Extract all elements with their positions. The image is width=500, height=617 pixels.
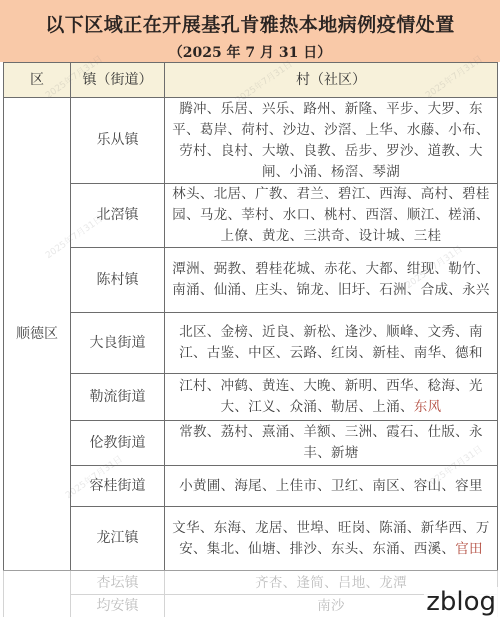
villages-cell: 江村、冲鹤、黄连、大晚、新明、西华、稔海、光大、江义、众涌、勒居、上涌、东风 [165, 374, 498, 421]
table-row: 容桂街道 小黄圃、海尾、上佳市、卫红、南区、容山、容里 [4, 466, 498, 507]
villages-cell: 常教、荔村、熹涌、羊额、三洲、霞石、仕版、永丰、新塘 [165, 421, 498, 466]
town-cell: 杏坛镇 [71, 571, 165, 595]
district-cell-continued [4, 595, 71, 617]
town-cell: 勒流街道 [71, 374, 165, 421]
header-village: 村（社区） [165, 63, 498, 98]
town-cell: 容桂街道 [71, 466, 165, 507]
title-banner: 以下区域正在开展基孔肯雅热本地病例疫情处置 （2025 年 7 月 31 日） [0, 0, 500, 62]
town-cell: 伦教街道 [71, 421, 165, 466]
town-cell: 均安镇 [71, 595, 165, 617]
table-row: 北滘镇 林头、北居、广教、君兰、碧江、西海、高村、碧桂园、马龙、莘村、水口、桃村… [4, 184, 498, 248]
table-row: 大良街道 北区、金榜、近良、新松、逢沙、顺峰、文秀、南江、古鉴、中区、云路、红岗… [4, 313, 498, 374]
table-row: 勒流街道 江村、冲鹤、黄连、大晚、新明、西华、稔海、光大、江义、众涌、勒居、上涌… [4, 374, 498, 421]
table-header-row: 区 镇（街道） 村（社区） [4, 63, 498, 98]
town-cell: 陈村镇 [71, 248, 165, 313]
district-cell: 顺德区 [4, 98, 71, 571]
villages-cell: 小黄圃、海尾、上佳市、卫红、南区、容山、容里 [165, 466, 498, 507]
villages-cell: 潭洲、弼教、碧桂花城、赤花、大都、绀现、勒竹、南涌、仙涌、庄头、锦龙、旧圩、石洲… [165, 248, 498, 313]
villages-cell: 腾冲、乐居、兴乐、路州、新隆、平步、大罗、东平、葛岸、荷村、沙边、沙滘、上华、水… [165, 98, 498, 184]
highlighted-village: 官田 [455, 541, 483, 557]
header-town: 镇（街道） [71, 63, 165, 98]
header-district: 区 [4, 63, 71, 98]
table-row: 龙江镇 文华、东海、龙居、世埠、旺岗、陈涌、新华西、万安、集北、仙塘、排沙、东头… [4, 507, 498, 571]
villages-cell: 林头、北居、广教、君兰、碧江、西海、高村、碧桂园、马龙、莘村、水口、桃村、西滘、… [165, 184, 498, 248]
town-cell: 北滘镇 [71, 184, 165, 248]
villages-cell: 文华、东海、龙居、世埠、旺岗、陈涌、新华西、万安、集北、仙塘、排沙、东头、东涌、… [165, 507, 498, 571]
page-date: （2025 年 7 月 31 日） [0, 42, 500, 62]
town-cell: 乐从镇 [71, 98, 165, 184]
table-row: 伦教街道 常教、荔村、熹涌、羊额、三洲、霞石、仕版、永丰、新塘 [4, 421, 498, 466]
town-cell: 大良街道 [71, 313, 165, 374]
district-cell-continued [4, 571, 71, 595]
town-cell: 龙江镇 [71, 507, 165, 571]
brand-logo: zblog [424, 587, 498, 617]
villages-cell: 北区、金榜、近良、新松、逢沙、顺峰、文秀、南江、古鉴、中区、云路、红岗、新桂、南… [165, 313, 498, 374]
highlighted-village: 东风 [414, 399, 442, 415]
outbreak-areas-table: 区 镇（街道） 村（社区） 顺德区 乐从镇 腾冲、乐居、兴乐、路州、新隆、平步、… [3, 62, 498, 617]
page-title: 以下区域正在开展基孔肯雅热本地病例疫情处置 [0, 10, 500, 37]
table-row: 陈村镇 潭洲、弼教、碧桂花城、赤花、大都、绀现、勒竹、南涌、仙涌、庄头、锦龙、旧… [4, 248, 498, 313]
table-row: 顺德区 乐从镇 腾冲、乐居、兴乐、路州、新隆、平步、大罗、东平、葛岸、荷村、沙边… [4, 98, 498, 184]
